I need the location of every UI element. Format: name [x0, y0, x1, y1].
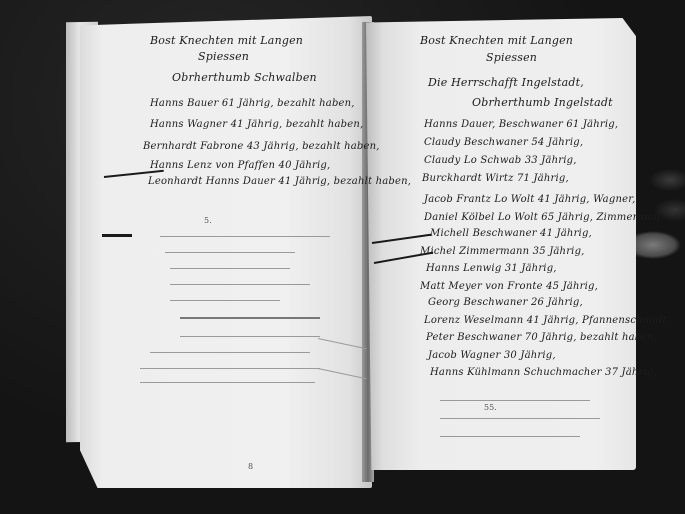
right-entry-12: Lorenz Weselmann 41 Jährig, Pfannenschmi…: [424, 315, 670, 326]
right-entry-11: Georg Beschwaner 26 Jährig,: [428, 297, 583, 308]
bleedthrough-line: [170, 300, 280, 301]
right-entry-6: Daniel Kölbel Lo Wolt 65 Jährig, Zimmerm…: [424, 212, 663, 223]
left-heading-line2: Spiessen: [198, 50, 249, 63]
bleedthrough-line: [180, 336, 320, 337]
right-entry-14: Jacob Wagner 30 Jährig,: [428, 350, 556, 361]
bleedthrough-line: [165, 252, 295, 253]
left-entry-5: Leonhardt Hanns Dauer 41 Jährig, bezahlt…: [148, 176, 411, 187]
bleedthrough-line: [440, 400, 590, 401]
left-entry-3: Bernhardt Fabrone 43 Jährig, bezahlt hab…: [143, 141, 380, 152]
bleedthrough-line: [440, 418, 600, 419]
right-entry-1: Hanns Dauer, Beschwaner 61 Jährig,: [424, 119, 618, 130]
left-section-title: Obrherthumb Schwalben: [172, 71, 317, 84]
right-entry-5: Jacob Frantz Lo Wolt 41 Jährig, Wagner,: [424, 194, 635, 205]
right-entry-10: Matt Meyer von Fronte 45 Jährig,: [420, 281, 598, 292]
left-heading-line1: Bost Knechten mit Langen: [150, 34, 303, 47]
right-entry-15: Hanns Kühlmann Schuchmacher 37 Jährig,: [430, 367, 657, 378]
bleedthrough-line: [160, 236, 330, 237]
left-folio-mark: 5.: [204, 216, 212, 225]
bleedthrough-line: [440, 436, 580, 437]
right-section-title2: Obrherthumb Ingelstadt: [472, 96, 613, 109]
bleedthrough-line: [140, 382, 315, 383]
right-entry-2: Claudy Beschwaner 54 Jährig,: [424, 137, 583, 148]
bleedthrough-line: [150, 352, 310, 353]
ink-blot: [102, 234, 132, 237]
left-entry-2: Hanns Wagner 41 Jährig, bezahlt haben,: [150, 119, 363, 130]
left-entry-4: Hanns Lenz von Pfaffen 40 Jährig,: [150, 160, 330, 171]
right-entry-4: Burckhardt Wirtz 71 Jährig,: [422, 173, 569, 184]
bleedthrough-line: [170, 284, 310, 285]
right-entry-9: Hanns Lenwig 31 Jährig,: [426, 263, 557, 274]
right-entry-13: Peter Beschwaner 70 Jährig, bezahlt habe…: [426, 332, 658, 343]
right-entry-8: Michel Zimmermann 35 Jährig,: [420, 246, 585, 257]
bleedthrough-line: [180, 317, 320, 319]
right-section-title1: Die Herrschafft Ingelstadt,: [428, 76, 584, 89]
right-entry-7: Michell Beschwaner 41 Jährig,: [430, 228, 592, 239]
left-entry-1: Hanns Bauer 61 Jährig, bezahlt haben,: [150, 98, 355, 109]
bleedthrough-line: [140, 368, 320, 369]
right-heading-line2: Spiessen: [486, 51, 537, 64]
right-folio-mark: 55.: [484, 403, 497, 412]
right-entry-3: Claudy Lo Schwab 33 Jährig,: [424, 155, 577, 166]
bleedthrough-line: [170, 268, 290, 269]
left-bottom-mark: 8: [248, 462, 253, 471]
open-manuscript: Bost Knechten mit Langen Spiessen Obrher…: [0, 0, 685, 514]
right-heading-line1: Bost Knechten mit Langen: [420, 34, 573, 47]
